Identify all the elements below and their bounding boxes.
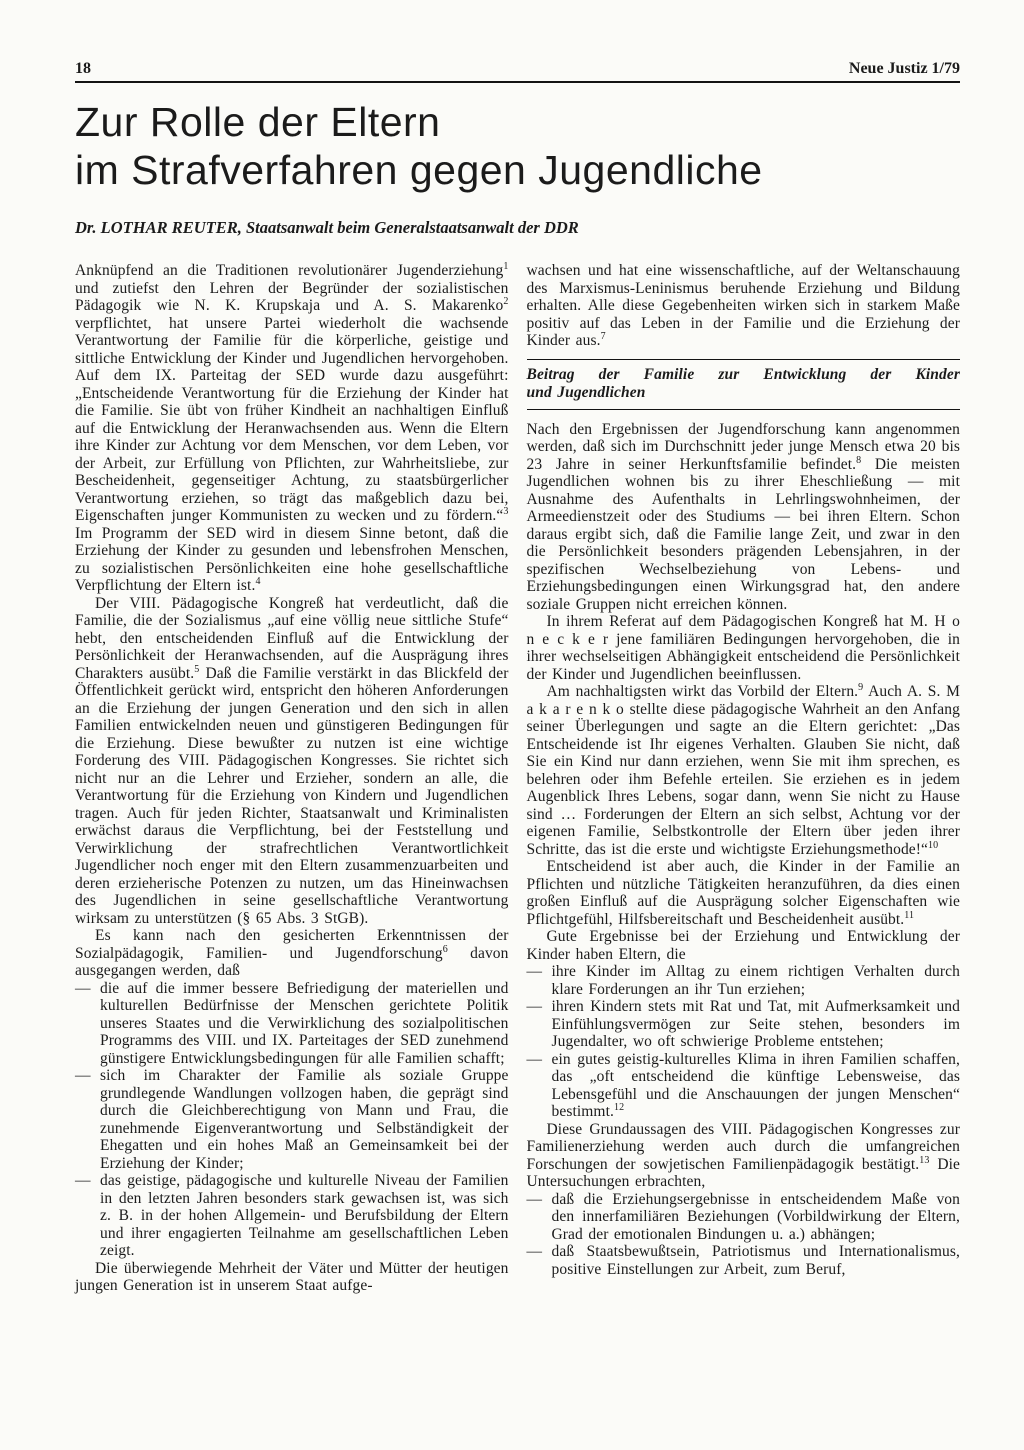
paragraph: Es kann nach den gesicherten Erkenntniss… — [75, 927, 509, 980]
list-item: — sich im Charakter der Familie als sozi… — [75, 1067, 509, 1172]
list-item-text: daß Staatsbewußtsein, Patriotismus und I… — [552, 1243, 961, 1278]
paragraph: Diese Grundaussagen des VIII. Pädagogisc… — [527, 1121, 961, 1191]
list-item: — daß die Erziehungsergebnisse in entsch… — [527, 1191, 961, 1244]
article-title: Zur Rolle der Eltern im Strafverfahren g… — [75, 98, 960, 194]
page-number: 18 — [75, 60, 91, 78]
list-item-text: ein gutes geistig-kulturelles Klima in i… — [552, 1051, 961, 1121]
dash-marker: — — [75, 1172, 100, 1260]
dash-marker: — — [75, 980, 100, 1068]
list-item-text: ihre Kinder im Alltag zu einem richtigen… — [552, 963, 961, 998]
list-item-text: ihren Kindern stets mit Rat und Tat, mit… — [552, 998, 961, 1051]
paragraph: In ihrem Referat auf dem Pädagogischen K… — [527, 613, 961, 683]
paragraph: Der VIII. Pädagogische Kongreß hat verde… — [75, 595, 509, 928]
list-item: — ihren Kindern stets mit Rat und Tat, m… — [527, 998, 961, 1051]
section-heading: Beitrag der Familie zur Entwicklung der … — [527, 360, 961, 409]
paragraph: Nach den Ergebnissen der Jugendforschung… — [527, 421, 961, 614]
journal-title: Neue Justiz 1/79 — [849, 60, 960, 78]
column-layout: Anknüpfend an die Traditionen revolution… — [75, 262, 960, 1295]
article-title-line1: Zur Rolle der Eltern — [75, 98, 960, 146]
paragraph: Anknüpfend an die Traditionen revolution… — [75, 262, 509, 595]
list-item-text: das geistige, pädagogische und kulturell… — [100, 1172, 509, 1260]
dash-marker: — — [527, 1191, 552, 1244]
list-item: — das geistige, pädagogische und kulture… — [75, 1172, 509, 1260]
journal-page: 18 Neue Justiz 1/79 Zur Rolle der Eltern… — [0, 0, 1024, 1450]
header-rule — [75, 81, 960, 83]
paragraph: Die überwiegende Mehrheit der Väter und … — [75, 1260, 509, 1295]
paragraph: Entscheidend ist aber auch, die Kinder i… — [527, 858, 961, 928]
paragraph: Gute Ergebnisse bei der Erziehung und En… — [527, 928, 961, 963]
section-rule-bottom — [527, 409, 961, 410]
dash-marker: — — [527, 998, 552, 1051]
paragraph: wachsen und hat eine wissenschaftliche, … — [527, 262, 961, 350]
page-header: 18 Neue Justiz 1/79 — [75, 60, 960, 78]
list-item: — die auf die immer bessere Befriedigung… — [75, 980, 509, 1068]
dash-marker: — — [527, 1243, 552, 1278]
author-line: Dr. LOTHAR REUTER, Staatsanwalt beim Gen… — [75, 218, 960, 238]
dash-marker: — — [527, 963, 552, 998]
left-column: Anknüpfend an die Traditionen revolution… — [75, 262, 509, 1295]
paragraph: Am nachhaltigsten wirkt das Vorbild der … — [527, 683, 961, 858]
right-column: wachsen und hat eine wissenschaftliche, … — [527, 262, 961, 1295]
article-title-line2: im Strafverfahren gegen Jugendliche — [75, 146, 960, 194]
list-item-text: sich im Charakter der Familie als sozial… — [100, 1067, 509, 1172]
section-heading-line1: Beitrag der Familie zur Entwicklung der … — [527, 366, 961, 384]
dash-marker: — — [75, 1067, 100, 1172]
section-heading-block: Beitrag der Familie zur Entwicklung der … — [527, 359, 961, 410]
section-heading-line2: und Jugendlichen — [527, 384, 961, 402]
list-item-text: die auf die immer bessere Befriedigung d… — [100, 980, 509, 1068]
list-item: — ihre Kinder im Alltag zu einem richtig… — [527, 963, 961, 998]
list-item: — daß Staatsbewußtsein, Patriotismus und… — [527, 1243, 961, 1278]
list-item: — ein gutes geistig-kulturelles Klima in… — [527, 1051, 961, 1121]
dash-marker: — — [527, 1051, 552, 1121]
list-item-text: daß die Erziehungsergebnisse in entschei… — [552, 1191, 961, 1244]
